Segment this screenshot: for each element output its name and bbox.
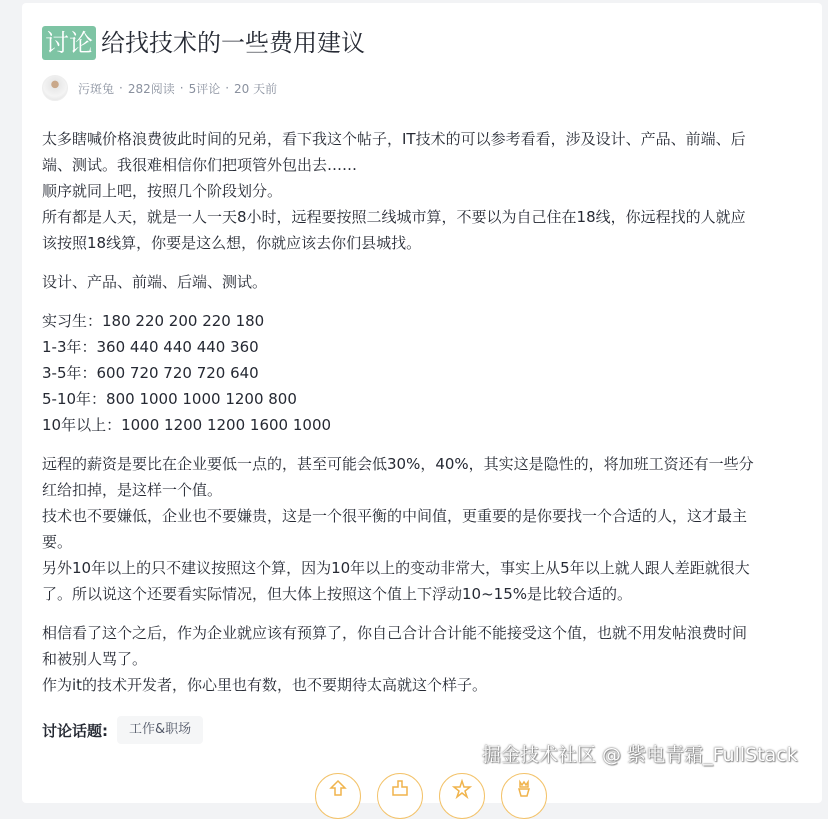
read-count: 282阅读 xyxy=(128,80,175,97)
content-line: 了。所以说这个还要看实际情况，但大体上按照这个值上下浮动10~15%是比较合适的… xyxy=(42,581,802,607)
topic-row: 讨论话题: 工作&职场 xyxy=(42,716,203,744)
content-line: 相信看了这个之后，作为企业就应该有预算了，你自己合计合计能不能接受这个值，也就不… xyxy=(42,620,802,646)
post-title: 给找技术的一些费用建议 xyxy=(101,26,365,60)
content-line: 作为it的技术开发者，你心里也有数，也不要期待太高就这个样子。 xyxy=(42,672,802,698)
comment-icon xyxy=(389,778,411,787)
content-line: 顺序就同上吧，按照几个阶段划分。 xyxy=(42,178,802,204)
like-button[interactable] xyxy=(315,773,361,787)
salary-row: 1-3年：360 440 440 440 360 xyxy=(42,334,802,360)
collect-button[interactable] xyxy=(439,773,485,787)
author-name[interactable]: 污斑兔 xyxy=(78,80,114,97)
comment-count: 5评论 xyxy=(189,80,221,97)
salary-row: 实习生：180 220 200 220 180 xyxy=(42,308,802,334)
content-line: 该按照18线算，你要是这么想，你就应该去你们县城找。 xyxy=(42,230,802,256)
content-line: 红给扣掉，是这样一个值。 xyxy=(42,477,802,503)
share-icon xyxy=(513,778,535,787)
discussion-badge: 讨论 xyxy=(42,26,96,60)
post-title-row: 讨论 给找技术的一些费用建议 xyxy=(42,26,365,60)
content-line: 和被别人骂了。 xyxy=(42,646,802,672)
content-line: 太多瞎喊价格浪费彼此时间的兄弟，看下我这个帖子，IT技术的可以参考看看，涉及设计… xyxy=(42,126,802,152)
meta-separator: · xyxy=(225,81,229,95)
roles-paragraph: 设计、产品、前端、后端、测试。 xyxy=(42,269,802,295)
content-line: 要。 xyxy=(42,529,802,555)
post-actions xyxy=(315,773,547,787)
thumb-up-icon xyxy=(327,778,349,787)
salary-row: 3-5年：600 720 720 720 640 xyxy=(42,360,802,386)
post-time: 20 天前 xyxy=(234,80,277,97)
content-line: 设计、产品、前端、后端、测试。 xyxy=(42,269,802,295)
watermark: 掘金技术社区 @ 紫电青霜_FullStack xyxy=(482,740,798,767)
closing-paragraph: 相信看了这个之后，作为企业就应该有预算了，你自己合计合计能不能接受这个值，也就不… xyxy=(42,620,802,698)
remote-paragraph: 远程的薪资是要比在企业要低一点的，甚至可能会低30%，40%，其实这是隐性的，将… xyxy=(42,451,802,607)
post-meta: 污斑兔 · 282阅读 · 5评论 · 20 天前 xyxy=(42,75,277,101)
salary-row: 10年以上：1000 1200 1200 1600 1000 xyxy=(42,412,802,438)
comment-button[interactable] xyxy=(377,773,423,787)
post-card: 讨论 给找技术的一些费用建议 污斑兔 · 282阅读 · 5评论 · 20 天前… xyxy=(22,3,822,787)
salary-row: 5-10年：800 1000 1000 1200 800 xyxy=(42,386,802,412)
content-line: 技术也不要嫌低，企业也不要嫌贵，这是一个很平衡的中间值，更重要的是你要找一个合适… xyxy=(42,503,802,529)
post-content: 太多瞎喊价格浪费彼此时间的兄弟，看下我这个帖子，IT技术的可以参考看看，涉及设计… xyxy=(42,126,802,711)
intro-paragraph: 太多瞎喊价格浪费彼此时间的兄弟，看下我这个帖子，IT技术的可以参考看看，涉及设计… xyxy=(42,126,802,256)
content-line: 端、测试。我很难相信你们把项管外包出去…… xyxy=(42,152,802,178)
content-line: 另外10年以上的只不建议按照这个算，因为10年以上的变动非常大，事实上从5年以上… xyxy=(42,555,802,581)
topic-label: 讨论话题: xyxy=(42,720,108,741)
topic-tag[interactable]: 工作&职场 xyxy=(117,716,203,744)
author-avatar[interactable] xyxy=(42,75,68,101)
meta-separator: · xyxy=(180,81,184,95)
share-button[interactable] xyxy=(501,773,547,787)
salary-table-paragraph: 实习生：180 220 200 220 180 1-3年：360 440 440… xyxy=(42,308,802,438)
star-icon xyxy=(451,778,473,787)
meta-separator: · xyxy=(119,81,123,95)
content-line: 远程的薪资是要比在企业要低一点的，甚至可能会低30%，40%，其实这是隐性的，将… xyxy=(42,451,802,477)
content-line: 所有都是人天，就是一人一天8小时，远程要按照二线城市算，不要以为自己住在18线，… xyxy=(42,204,802,230)
